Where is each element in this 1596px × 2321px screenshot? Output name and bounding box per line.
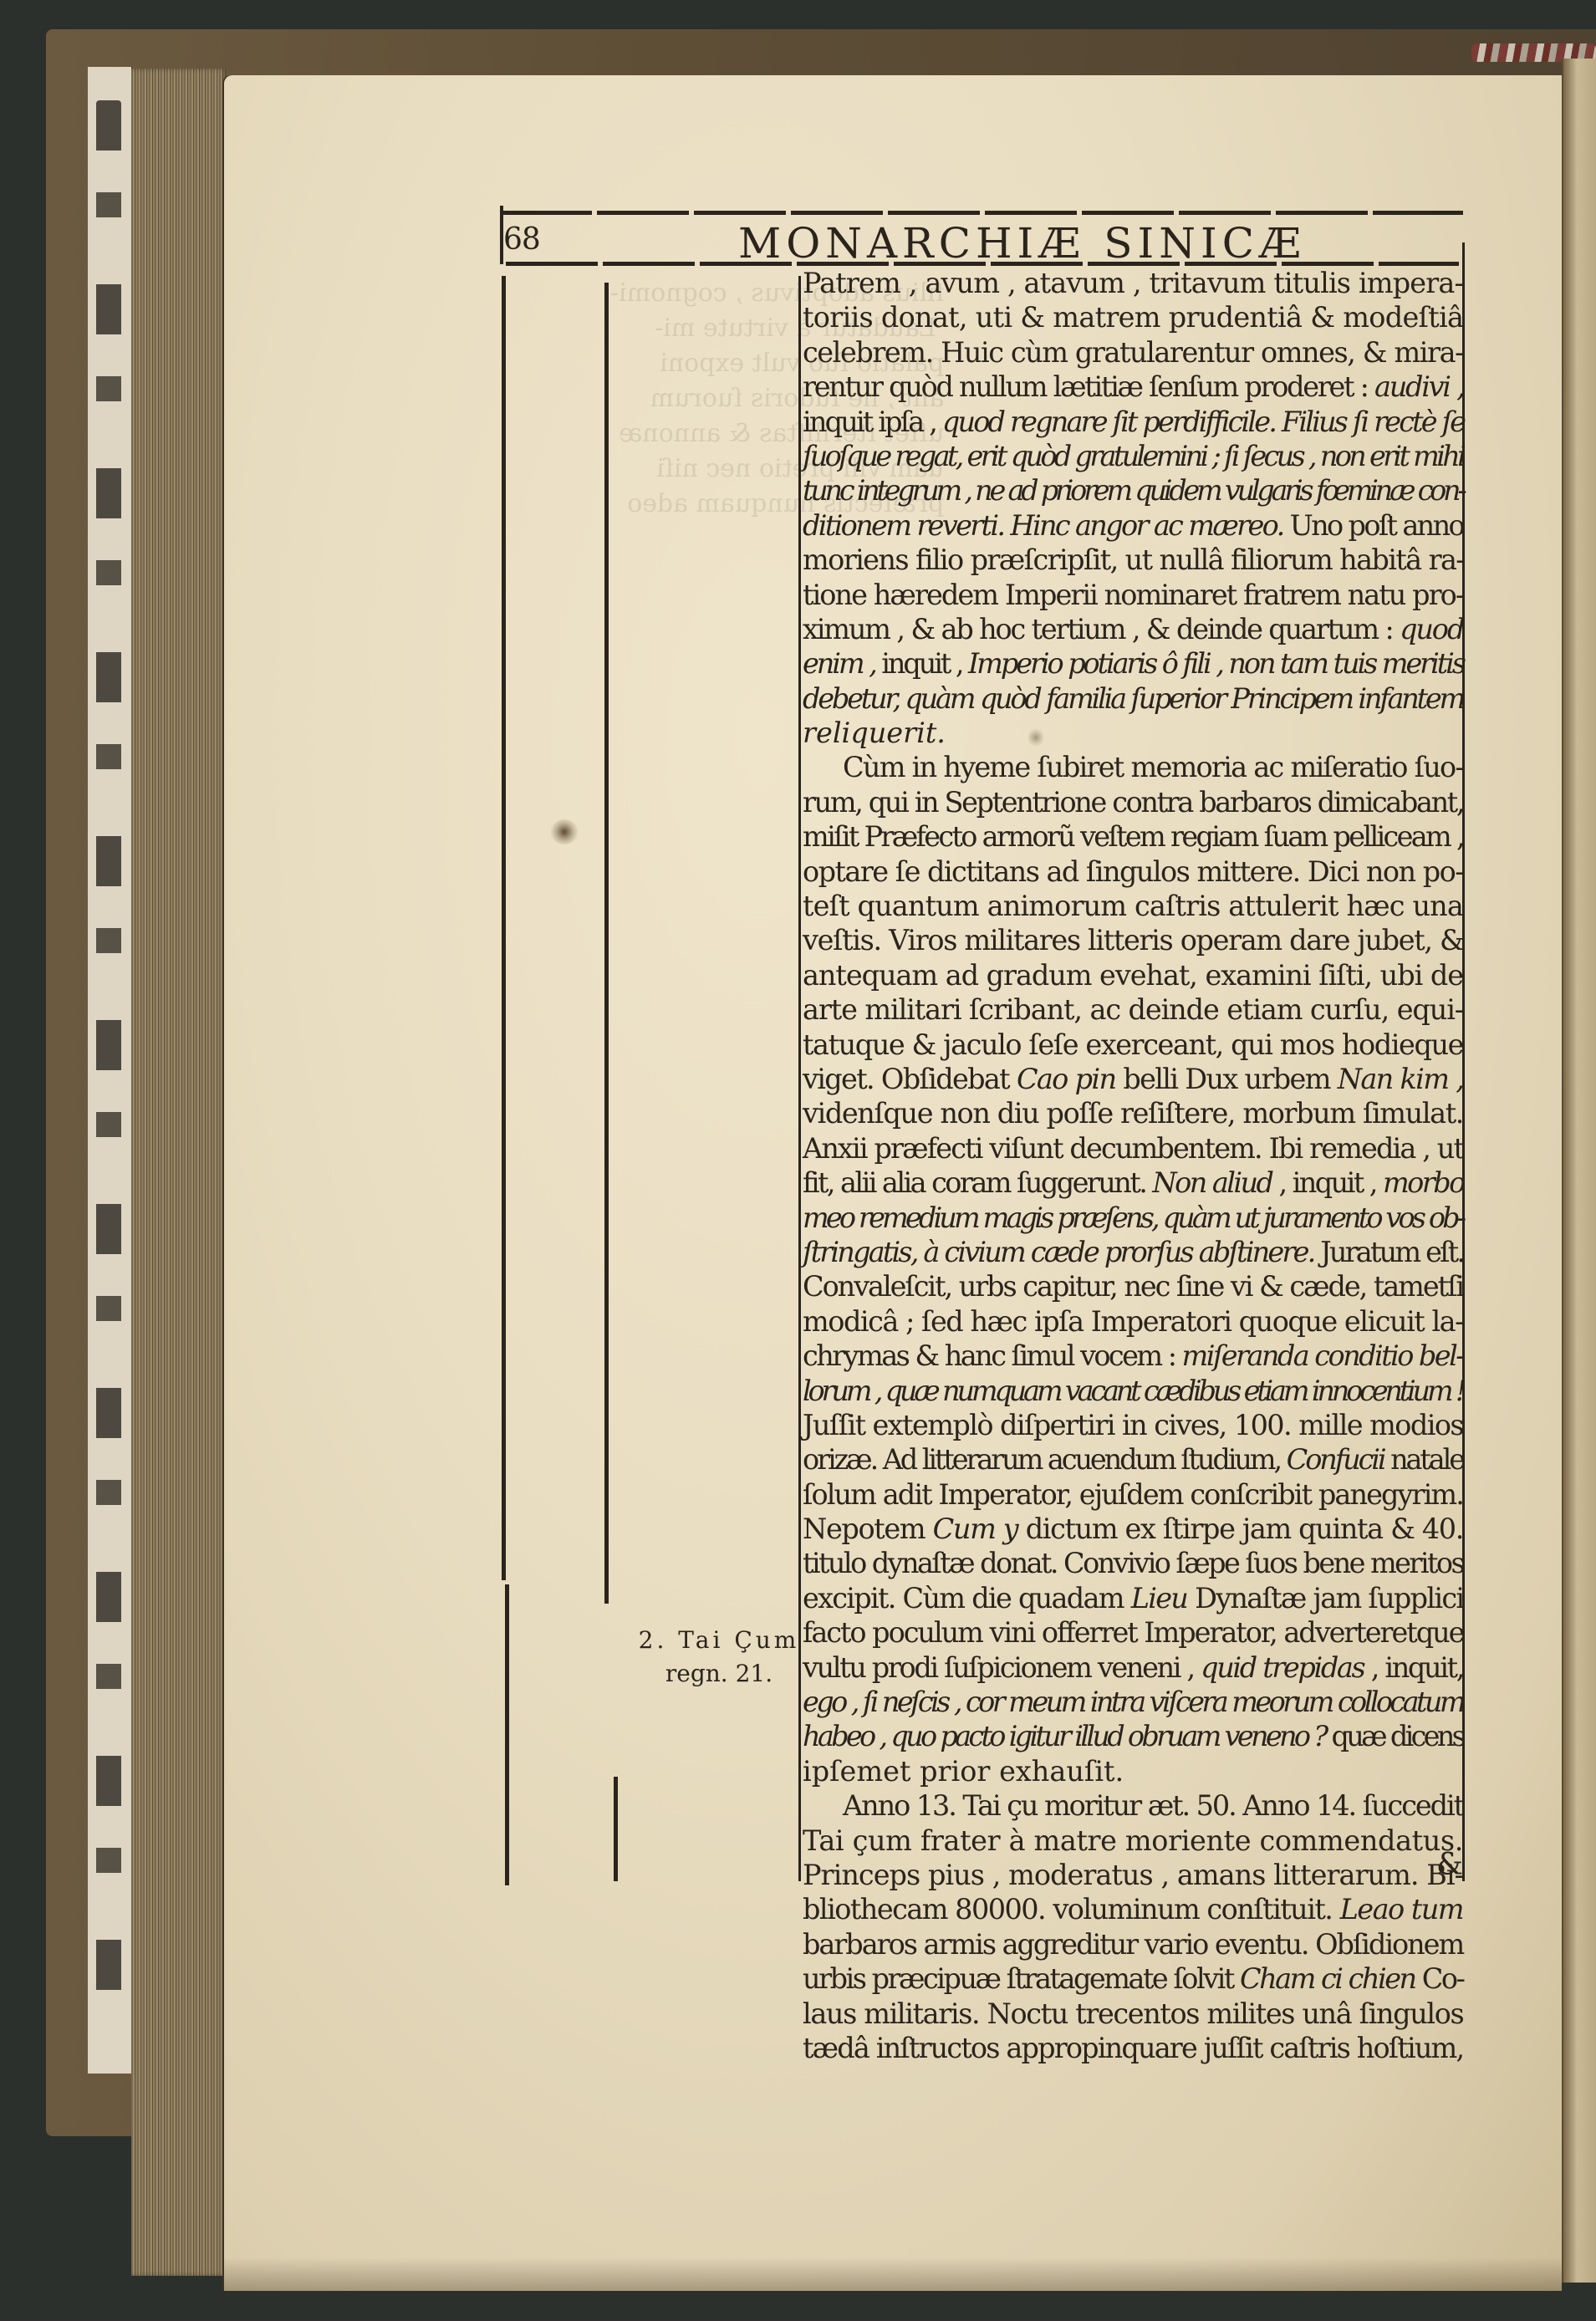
roman-text: modicâ ; ſed hæc ipſa Imperatori quoque …: [803, 1305, 1463, 1338]
text-line: Anno 13. Tai çu moritur æt. 50. Anno 14.…: [803, 1788, 1463, 1823]
italic-text: tunc integrum , ne ad priorem quidem vul…: [803, 474, 1463, 507]
ink-stain: [550, 819, 579, 844]
text-line: Convaleſcit, urbs capitur, nec ſine vi &…: [803, 1269, 1463, 1303]
marginal-note: 2. Tai Çum regn. 21.: [635, 1624, 803, 1691]
roman-text: inquit ,: [881, 647, 961, 680]
text-line: reliquerit.: [803, 716, 1463, 750]
text-line: meo remedium magis præſens, quàm ut jura…: [803, 1201, 1463, 1235]
marbled-endpaper: [88, 67, 132, 2074]
italic-text: Cham ci chien: [1240, 1962, 1415, 1995]
italic-text: enim ,: [803, 647, 875, 680]
margin-rule-inner: [614, 1777, 618, 1881]
roman-text: tatuque & jaculo ſeſe exerceant, qui mos…: [803, 1028, 1463, 1061]
roman-text: rum, qui in Septentrione contra barbaros…: [803, 786, 1463, 819]
roman-text: Tai çum frater à matre moriente commenda…: [803, 1824, 1463, 1857]
text-line: habeo , quo pacto igitur illud obruam ve…: [803, 1719, 1463, 1753]
text-line: debetur, quàm quòd familia ſuperior Prin…: [803, 681, 1463, 716]
roman-text: excipit. Cùm die quadam: [803, 1582, 1124, 1614]
roman-text: optare ſe dictitans ad ſingulos mittere.…: [803, 855, 1463, 888]
roman-text: Convaleſcit, urbs capitur, nec ſine vi &…: [803, 1270, 1463, 1303]
text-line: Patrem , avum , atavum , tritavum tituli…: [803, 266, 1463, 300]
italic-text: quod regnare ſit perdifficile. Filius ſi…: [942, 406, 1464, 438]
roman-text: tione hæredem Imperii nominaret fratrem …: [803, 579, 1463, 611]
endpaper-pattern: [96, 100, 121, 2023]
roman-text: ſolum adit Imperator, ejuſdem conſcribit…: [803, 1478, 1463, 1511]
text-line: miſit Præfecto armorũ veſtem regiam ſuam…: [803, 819, 1463, 854]
roman-text: Nepotem: [803, 1512, 925, 1545]
italic-text: quod: [1400, 613, 1463, 645]
roman-text: laus militaris. Noctu trecentos milites …: [803, 1997, 1463, 2030]
running-head: 68 MONARCHIÆ SINICÆ: [500, 219, 1463, 261]
text-line: veſtis. Viros militares litteris operam …: [803, 923, 1463, 957]
roman-text: Dynaſtæ jam ſupplici: [1195, 1582, 1463, 1614]
roman-text: bliothecam 80000. voluminum conſtituit.: [803, 1893, 1332, 1926]
text-line: ſuoſque regat, erit quòd gratulemini ; ſ…: [803, 439, 1463, 473]
roman-text: Juſſit extemplò diſpertiri in cives, 100…: [803, 1409, 1463, 1441]
text-line: ſolum adit Imperator, ejuſdem conſcribit…: [803, 1477, 1463, 1512]
page-fore-edge: [131, 69, 227, 2276]
margin-rule-left: [505, 1584, 509, 1885]
italic-text: Imperio potiaris ô fili , non tam tuis m…: [968, 647, 1464, 680]
roman-text: , inquit ,: [1278, 1166, 1375, 1199]
italic-text: Confucii: [1287, 1443, 1384, 1476]
text-line: rum, qui in Septentrione contra barbaros…: [803, 785, 1463, 819]
italic-text: Lieu: [1131, 1582, 1187, 1614]
text-line: Cùm in hyeme ſubiret memoria ac miſerati…: [803, 750, 1463, 784]
text-line: urbis præcipuæ ſtratagemate ſolvit Cham …: [803, 1961, 1463, 1996]
text-line: facto poculum vini offerret Imperator, a…: [803, 1615, 1463, 1650]
roman-text: urbis præcipuæ ſtratagemate ſolvit: [803, 1962, 1233, 1995]
roman-text: barbaros armis aggreditur vario eventu. …: [803, 1928, 1463, 1961]
text-line: excipit. Cùm die quadam Lieu Dynaſtæ jam…: [803, 1581, 1463, 1615]
italic-text: lorum , quæ numquam vacant cædibus etiam…: [803, 1375, 1463, 1407]
roman-text: Uno poſt anno: [1290, 509, 1463, 542]
text-line: inquit ipſa , quod regnare ſit perdiffic…: [803, 405, 1463, 439]
roman-text: belli Dux urbem: [1123, 1063, 1329, 1095]
book-title: MONARCHIÆ SINICÆ: [738, 219, 1306, 268]
roman-text: inquit ipſa ,: [803, 406, 936, 438]
marginal-note-years: regn. 21.: [635, 1657, 803, 1691]
text-line: Anxii præfecti viſunt decumbentem. Ibi r…: [803, 1131, 1463, 1166]
text-line: titulo dynaſtæ donat. Convivio ſæpe ſuos…: [803, 1546, 1463, 1580]
text-line: barbaros armis aggreditur vario eventu. …: [803, 1927, 1463, 1961]
roman-text: tædâ inſtructos appropinquare juſſit caſ…: [803, 2032, 1463, 2064]
roman-text: vultu prodi ſuſpicionem veneni ,: [803, 1651, 1194, 1684]
roman-text: Princeps pius , moderatus , amans litter…: [803, 1859, 1463, 1891]
italic-text: ſuoſque regat, erit quòd gratulemini ; ſ…: [803, 440, 1463, 472]
text-line: moriens filio præſcripſit, ut nullâ fili…: [803, 543, 1463, 577]
italic-text: miſeranda conditio bel-: [1182, 1339, 1463, 1372]
header-top-rule: [500, 211, 1463, 215]
text-line: ego , ſi neſcis , cor meum intra viſcera…: [803, 1685, 1463, 1719]
italic-text: reliquerit.: [803, 717, 946, 749]
text-line: teſt quantum animorum caſtris attulerit …: [803, 889, 1463, 923]
roman-text: orizæ. Ad litterarum acuendum ſtudium,: [803, 1443, 1280, 1476]
roman-text: miſit Præfecto armorũ veſtem regiam ſuam…: [803, 820, 1463, 853]
text-line: tunc integrum , ne ad priorem quidem vul…: [803, 473, 1463, 508]
italic-text: meo remedium magis præſens, quàm ut jura…: [803, 1201, 1463, 1234]
text-line: bliothecam 80000. voluminum conſtituit. …: [803, 1892, 1463, 1926]
roman-text: quæ dicens: [1331, 1720, 1463, 1752]
roman-text: Co-: [1422, 1962, 1464, 1995]
text-line: vultu prodi ſuſpicionem veneni , quid tr…: [803, 1650, 1463, 1685]
italic-text: ſtringatis, à civium cæde prorſus abſtin…: [803, 1236, 1313, 1268]
text-line: optare ſe dictitans ad ſingulos mittere.…: [803, 854, 1463, 889]
roman-text: celebrem. Huic cùm gratularentur omnes, …: [803, 336, 1463, 369]
text-line: rentur quòd nullum lætitiæ ſenſum proder…: [803, 370, 1463, 404]
roman-text: veſtis. Viros militares litteris operam …: [803, 924, 1463, 956]
marginal-note-reign: 2. Tai Çum: [635, 1624, 803, 1657]
roman-text: rentur quòd nullum lætitiæ ſenſum proder…: [803, 370, 1368, 403]
page-number: 68: [503, 222, 540, 257]
text-line: Princeps pius , moderatus , amans litter…: [803, 1858, 1463, 1892]
text-line: tædâ inſtructos appropinquare juſſit caſ…: [803, 2031, 1463, 2065]
italic-text: Non aliud: [1152, 1166, 1272, 1199]
text-line: Tai çum frater à matre moriente commenda…: [803, 1824, 1463, 1858]
text-line: viget. Obſidebat Cao pin belli Dux urbem…: [803, 1062, 1463, 1096]
roman-text: toriis donat, uti & matrem prudentiâ & m…: [803, 301, 1463, 334]
text-line: videnſque non diu poſſe reſiſtere, morbu…: [803, 1096, 1463, 1130]
roman-text: ximum , & ab hoc tertium , & deinde quar…: [803, 613, 1393, 645]
italic-text: habeo , quo pacto igitur illud obruam ve…: [803, 1720, 1326, 1752]
text-line: lorum , quæ numquam vacant cædibus etiam…: [803, 1374, 1463, 1408]
text-line: ipſemet prior exhauſit.: [803, 1754, 1463, 1788]
margin-rule-inner: [604, 283, 609, 1604]
text-line: tione hæredem Imperii nominaret fratrem …: [803, 578, 1463, 612]
roman-text: antequam ad gradum evehat, examini ſiſti…: [803, 959, 1463, 992]
text-line: ditionem reverti. Hinc angor ac mæreo. U…: [803, 508, 1463, 543]
italic-text: Nan kim ,: [1338, 1063, 1463, 1095]
catchword: &: [1436, 1848, 1463, 1882]
roman-text: Cùm in hyeme ſubiret memoria ac miſerati…: [843, 751, 1463, 783]
text-line: Juſſit extemplò diſpertiri in cives, 100…: [803, 1408, 1463, 1442]
roman-text: viget. Obſidebat: [803, 1063, 1009, 1095]
italic-text: debetur, quàm quòd familia ſuperior Prin…: [803, 682, 1463, 715]
text-line: fit, alii alia coram ſuggerunt. Non aliu…: [803, 1166, 1463, 1200]
text-line: modicâ ; ſed hæc ipſa Imperatori quoque …: [803, 1304, 1463, 1339]
roman-text: Anno 13. Tai çu moritur æt. 50. Anno 14.…: [843, 1789, 1463, 1822]
roman-text: Anxii præfecti viſunt decumbentem. Ibi r…: [803, 1132, 1463, 1165]
text-line: orizæ. Ad litterarum acuendum ſtudium, C…: [803, 1442, 1463, 1477]
page-bottom-shadow: [224, 2257, 1562, 2291]
roman-text: arte militari ſcribant, ac deinde etiam …: [803, 993, 1463, 1026]
text-line: arte militari ſcribant, ac deinde etiam …: [803, 992, 1463, 1027]
italic-text: Cum y: [933, 1512, 1018, 1545]
italic-text: Leao tum: [1340, 1893, 1463, 1926]
text-line: Nepotem Cum y dictum ex ſtirpe jam quint…: [803, 1512, 1463, 1546]
text-line: laus militaris. Noctu trecentos milites …: [803, 1997, 1463, 2031]
roman-text: Patrem , avum , atavum , tritavum tituli…: [803, 267, 1463, 299]
italic-text: ego , ſi neſcis , cor meum intra viſcera…: [803, 1686, 1463, 1718]
text-line: antequam ad gradum evehat, examini ſiſti…: [803, 958, 1463, 992]
roman-text: fit, alii alia coram ſuggerunt.: [803, 1166, 1145, 1199]
roman-text: , inquit,: [1371, 1651, 1463, 1684]
text-line: chrymas & hanc ſimul vocem : miſeranda c…: [803, 1339, 1463, 1373]
roman-text: dictum ex ſtirpe jam quinta & 40.: [1026, 1512, 1463, 1545]
text-line: celebrem. Huic cùm gratularentur omnes, …: [803, 335, 1463, 370]
book-gutter: [1562, 59, 1596, 2283]
roman-text: teſt quantum animorum caſtris attulerit …: [803, 890, 1463, 922]
text-line: toriis donat, uti & matrem prudentiâ & m…: [803, 300, 1463, 334]
roman-text: chrymas & hanc ſimul vocem :: [803, 1339, 1175, 1372]
main-text-column: Patrem , avum , atavum , tritavum tituli…: [803, 266, 1463, 2065]
italic-text: audivi ,: [1374, 370, 1463, 403]
roman-text: titulo dynaſtæ donat. Convivio ſæpe ſuos…: [803, 1547, 1463, 1579]
italic-text: Cao pin: [1017, 1063, 1115, 1095]
roman-text: moriens filio præſcripſit, ut nullâ fili…: [803, 543, 1464, 576]
roman-text: videnſque non diu poſſe reſiſtere, morbu…: [803, 1097, 1463, 1130]
roman-text: ipſemet prior exhauſit.: [803, 1755, 1124, 1788]
italic-text: morbo: [1383, 1166, 1464, 1199]
italic-text: quid trepidas: [1201, 1651, 1364, 1684]
text-line: tatuque & jaculo ſeſe exerceant, qui mos…: [803, 1028, 1463, 1062]
margin-rule-left: [502, 276, 506, 1580]
text-line: ximum , & ab hoc tertium , & deinde quar…: [803, 612, 1463, 646]
roman-text: Juratum eſt.: [1320, 1236, 1463, 1268]
text-line: ſtringatis, à civium cæde prorſus abſtin…: [803, 1235, 1463, 1269]
text-line: enim , inquit , Imperio potiaris ô fili …: [803, 646, 1463, 681]
roman-text: facto poculum vini offerret Imperator, a…: [803, 1616, 1463, 1649]
italic-text: ditionem reverti. Hinc angor ac mæreo.: [803, 509, 1283, 542]
roman-text: natale: [1390, 1443, 1463, 1476]
